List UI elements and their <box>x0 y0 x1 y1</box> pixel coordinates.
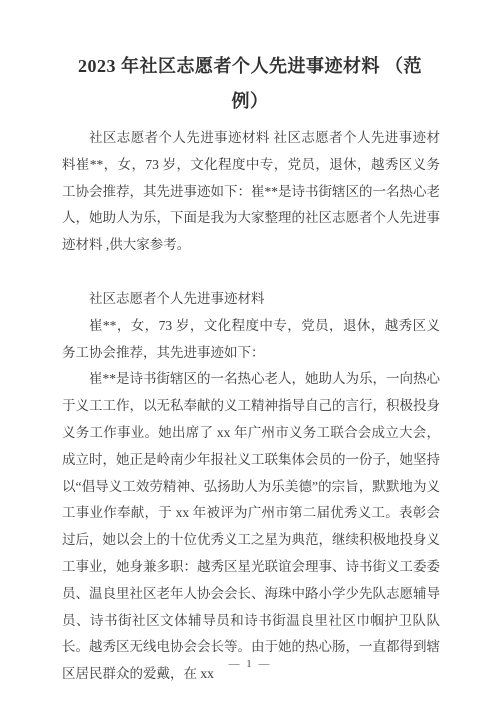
paragraph-deeds: 崔**是诗书街辖区的一名热心老人，她助人为乐，一向热心于义工工作，以无私奉献的义… <box>62 366 440 688</box>
paragraph-profile: 崔**，女，73 岁，文化程度中专，党员，退休，越秀区义务工协会推荐，其先进事迹… <box>62 313 440 367</box>
paragraph-intro: 社区志愿者个人先进事迹材料 社区志愿者个人先进事迹材料崔**，女，73 岁，文化… <box>62 125 440 259</box>
page-number: — 1 — <box>0 658 500 670</box>
document-page: 2023 年社区志愿者个人先进事迹材料 （范例） 社区志愿者个人先进事迹材料 社… <box>0 0 500 707</box>
paragraph-section-heading: 社区志愿者个人先进事迹材料 <box>62 286 440 313</box>
document-title: 2023 年社区志愿者个人先进事迹材料 （范例） <box>78 49 422 119</box>
